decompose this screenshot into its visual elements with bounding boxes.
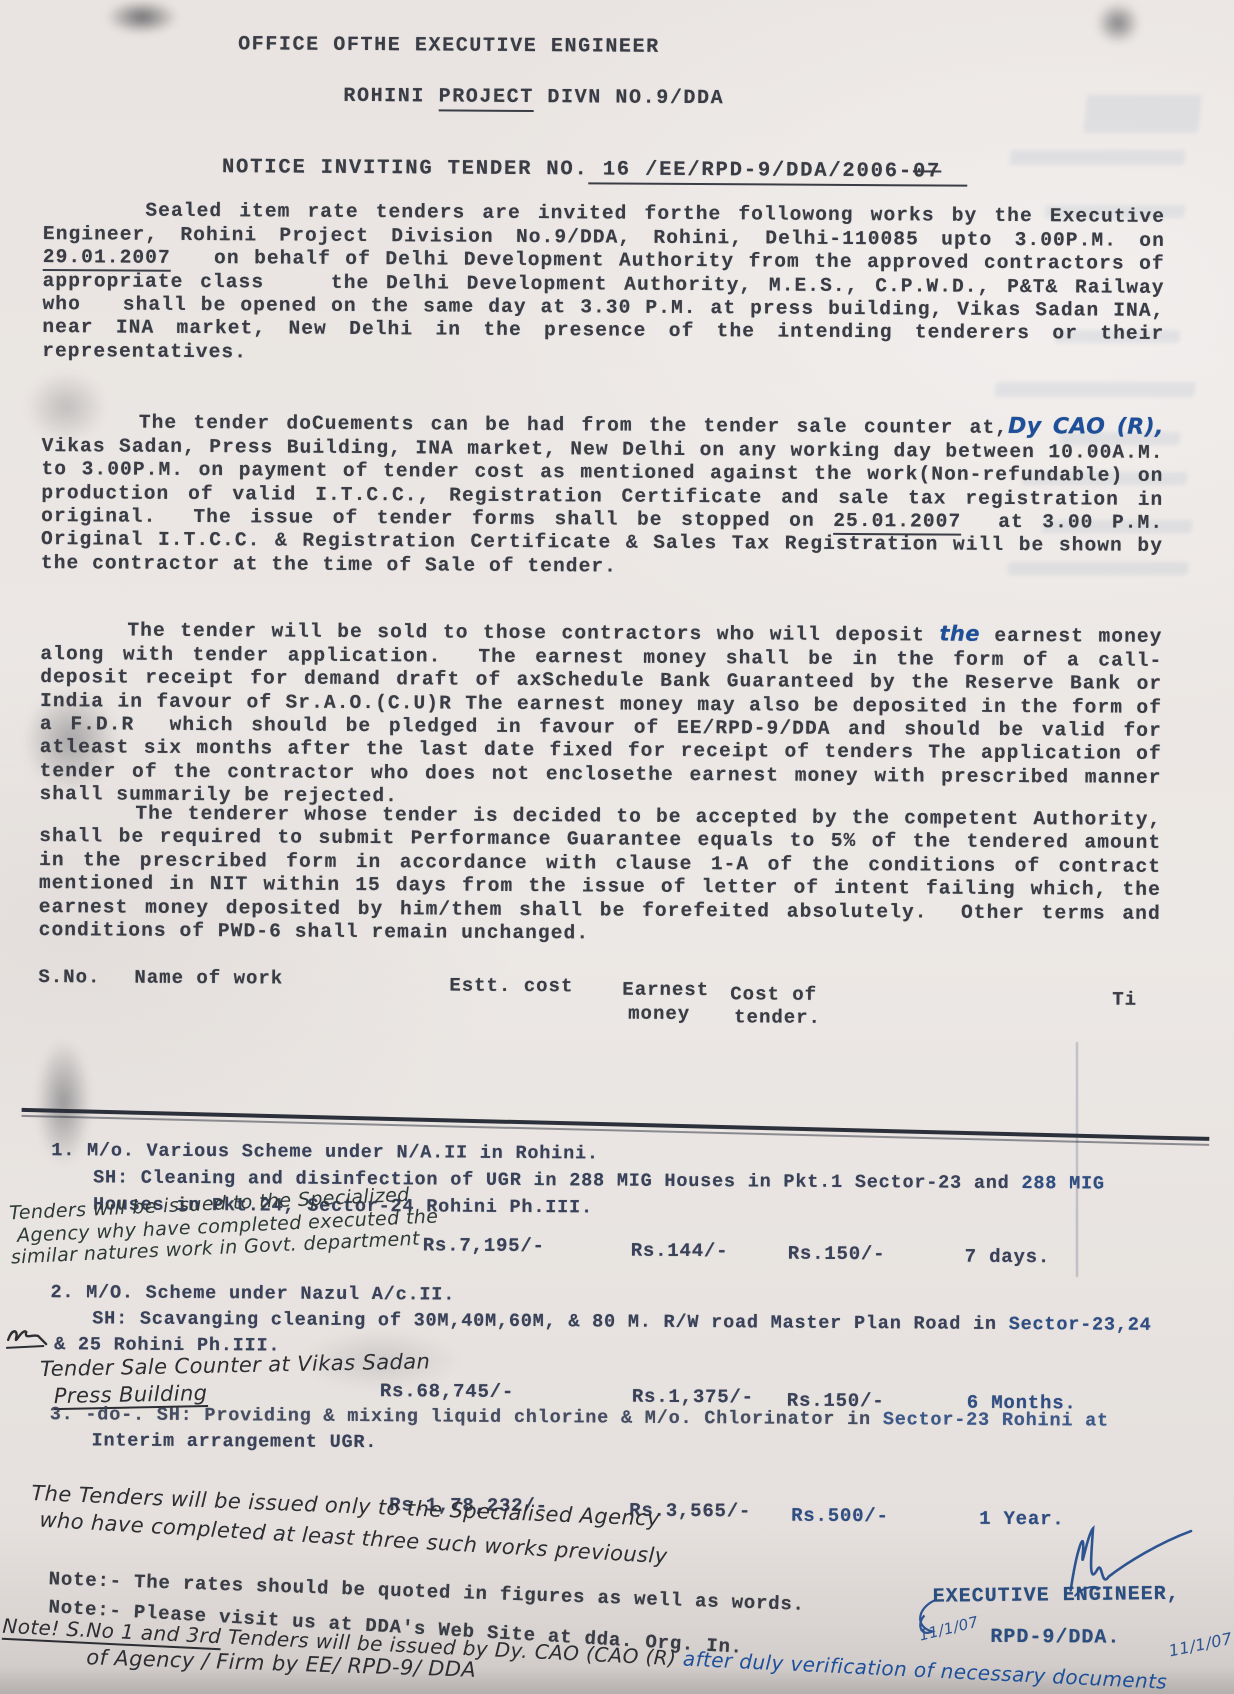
work-name-segment: 3. -do-. SH: Providing & mixing liquid c… bbox=[50, 1404, 883, 1430]
column-header-name: Name of work bbox=[134, 967, 283, 990]
division-text-post: DIVN NO.9/DDA bbox=[534, 86, 725, 110]
column-header-time: Ti bbox=[1112, 989, 1137, 1011]
work-row-1: 1. M/o. Various Scheme under N/A.II in R… bbox=[0, 0, 1234, 7]
work-name-line: Interim arrangement UGR. bbox=[92, 1430, 378, 1453]
header-office-line: OFFICE OFTHE EXECUTIVE ENGINEER bbox=[238, 33, 660, 59]
header-division-line: ROHINI PROJECT DIVN NO.9/DDA bbox=[262, 61, 725, 133]
est-cost-value: Rs.7,195/- bbox=[423, 1234, 545, 1257]
p1-text-pre: Sealed item rate tenders are invited for… bbox=[43, 200, 1178, 252]
division-text-pre: ROHINI bbox=[343, 85, 438, 109]
tender-cost-value: Rs.500/- bbox=[791, 1505, 889, 1528]
column-header-sno: S.No. bbox=[38, 966, 100, 988]
work-row-3: 3. -do-. SH: Providing & mixing liquid c… bbox=[0, 0, 1234, 7]
tender-cost-value: Rs.150/- bbox=[788, 1243, 886, 1266]
p3-text-post: earnest money along with tender applicat… bbox=[39, 625, 1175, 807]
column-header-cost-2: tender. bbox=[734, 1006, 821, 1029]
work-name-segment-blue: Sector-23,24 bbox=[1009, 1314, 1152, 1336]
paragraph-2: The tender doCuements can be had from th… bbox=[41, 386, 1164, 606]
works-table-header: S.No. Name of work Estt. cost Earnest mo… bbox=[0, 0, 1234, 7]
paragraph-3: The tender will be sold to those contrac… bbox=[39, 594, 1162, 837]
signature-date-right: 11/1/07 bbox=[1167, 1629, 1234, 1661]
division-stamp: RPD-9/DDA. bbox=[990, 1626, 1120, 1650]
work-name-segment: SH: Scavanging cleaning of 30M,40M,60M, … bbox=[92, 1308, 1009, 1335]
tender-number-struck: 07 bbox=[913, 160, 941, 183]
work-name-line: 2. M/O. Scheme under Nazul A/c.II. bbox=[50, 1282, 455, 1305]
p3-text-pre: The tender will be sold to those contrac… bbox=[127, 620, 939, 647]
executive-engineer-stamp: EXECUTIVE ENGINEER, bbox=[933, 1583, 1180, 1609]
handwritten-insert-dycao: Dy CAO (R), bbox=[1008, 414, 1164, 440]
p1-text-post: on behalf of Delhi Development Authority… bbox=[42, 247, 1177, 363]
column-header-cost: Cost of bbox=[730, 983, 817, 1006]
p2-text-pre: The tender doCuements can be had from th… bbox=[139, 412, 1008, 439]
scanned-tender-notice-document: OFFICE OFTHE EXECUTIVE ENGINEER ROHINI P… bbox=[0, 0, 1234, 1694]
work-name-line: 3. -do-. SH: Providing & mixing liquid c… bbox=[50, 1404, 1109, 1431]
handwritten-note-row2: Tender Sale Counter at Vikas Sadan Press… bbox=[0, 0, 1234, 7]
column-header-earnest-2: money bbox=[628, 1003, 690, 1025]
earnest-money-value: Rs.1,375/- bbox=[632, 1386, 754, 1409]
tender-open-date: 29.01.2007 bbox=[43, 246, 171, 272]
margin-scribble bbox=[4, 1322, 52, 1352]
work-name-line: SH: Scavanging cleaning of 30M,40M,60M, … bbox=[92, 1308, 1151, 1335]
paragraph-4: The tenderer whose tender is decided to … bbox=[39, 802, 1162, 949]
work-name-segment-blue: 288 MIG bbox=[1021, 1173, 1104, 1195]
work-row-2: 2. M/O. Scheme under Nazul A/c.II. SH: S… bbox=[0, 0, 1234, 7]
handwritten-insert-the: the bbox=[939, 622, 980, 646]
tender-stop-date: 25.01.2007 bbox=[833, 510, 961, 536]
column-header-est-cost: Estt. cost bbox=[449, 975, 573, 998]
work-name-line: 1. M/o. Various Scheme under N/A.II in R… bbox=[51, 1140, 599, 1164]
handwritten-note-row3: The Tenders will be issued only to the S… bbox=[0, 0, 1234, 7]
paragraph-1: Sealed item rate tenders are invited for… bbox=[42, 176, 1165, 394]
bottom-note-blue: after duly verification of necessary doc… bbox=[682, 1647, 1167, 1694]
work-name-segment: SH: Cleaning and disinfection of UGR in … bbox=[93, 1167, 1021, 1194]
handwritten-note-row1: Tenders will be issued to the Specialize… bbox=[0, 0, 1234, 7]
est-cost-value: Rs.68,745/- bbox=[380, 1380, 514, 1403]
earnest-money-value: Rs.144/- bbox=[631, 1240, 729, 1263]
division-text-underlined: PROJECT bbox=[439, 85, 534, 112]
column-header-earnest: Earnest bbox=[622, 979, 709, 1002]
completion-time-value: 7 days. bbox=[965, 1246, 1051, 1269]
work-name-segment-blue: Sector-23 Rohini at bbox=[883, 1409, 1109, 1431]
